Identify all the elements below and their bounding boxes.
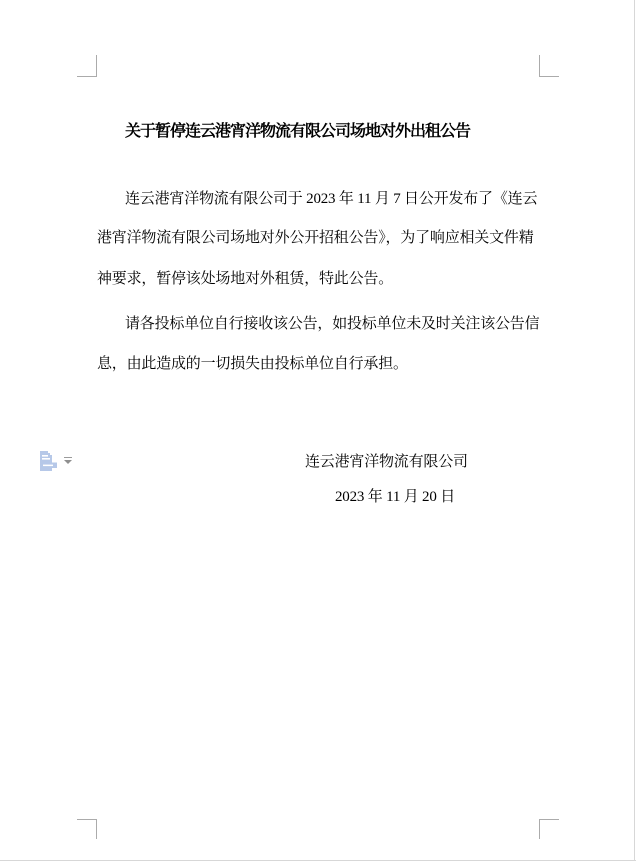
paste-options-icon [39, 451, 60, 473]
signature-company[interactable]: 连云港宵洋物流有限公司 [305, 453, 468, 472]
chevron-down-icon [64, 457, 73, 465]
word-document-canvas: { "document": { "title": "关于暂停连云港宵洋物流有限公… [0, 0, 636, 863]
body-text-line[interactable]: 连云港宵洋物流有限公司于 2023 年 11 月 7 日公开发布了《连云 [125, 190, 537, 209]
body-text-line[interactable]: 息，由此造成的一切损失由投标单位自行承担。 [97, 355, 408, 374]
margin-crop-mark-top-right [539, 55, 559, 77]
margin-crop-mark-bottom-right [539, 819, 559, 839]
page-right-edge [634, 0, 635, 860]
signature-date[interactable]: 2023 年 11 月 20 日 [335, 488, 455, 507]
paste-options-button[interactable] [37, 449, 79, 476]
document-title[interactable]: 关于暂停连云港宵洋物流有限公司场地对外出租公告 [125, 122, 470, 142]
page-bottom-edge [0, 860, 636, 861]
margin-crop-mark-bottom-left [77, 819, 97, 839]
margin-crop-mark-top-left [77, 55, 97, 77]
body-text-line[interactable]: 港宵洋物流有限公司场地对外公开招租公告》，为了响应相关文件精 [97, 229, 534, 248]
body-text-line[interactable]: 请各投标单位自行接收该公告，如投标单位未及时关注该公告信 [125, 315, 539, 334]
body-text-line[interactable]: 神要求，暂停该处场地对外租赁，特此公告。 [97, 270, 393, 289]
